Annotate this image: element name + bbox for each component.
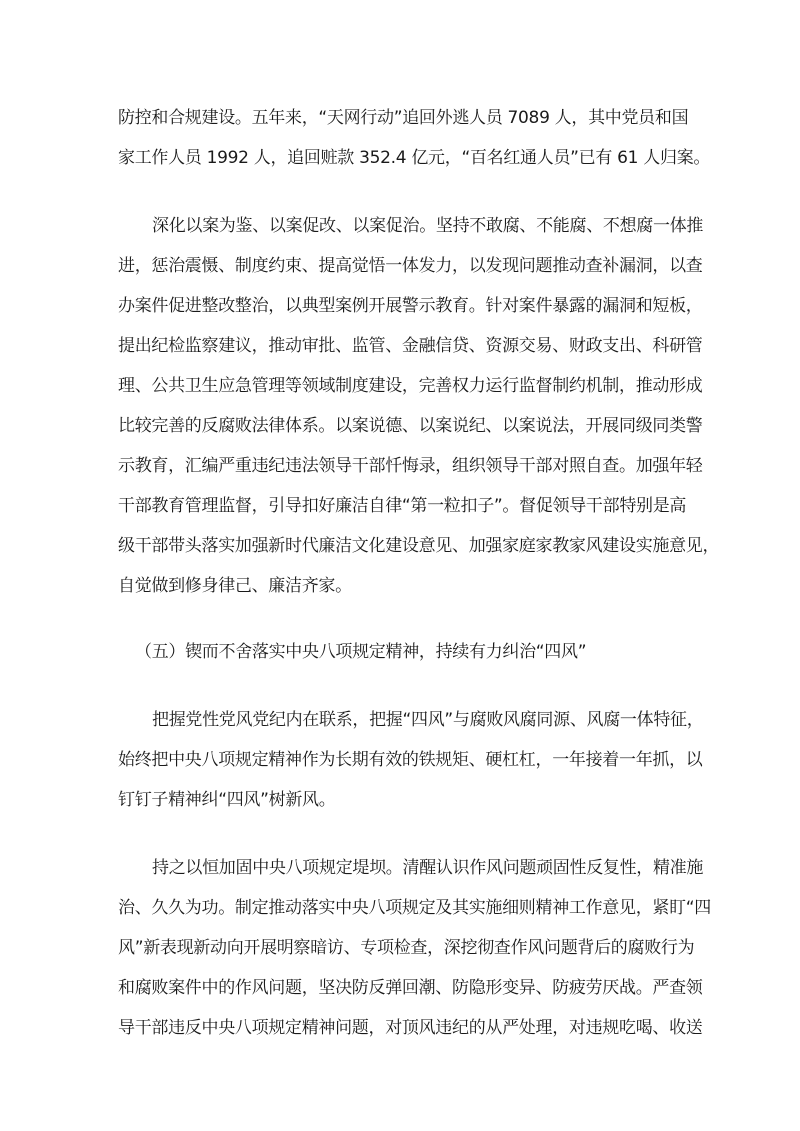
text-line: 防控和合规建设。五年来，“天网行动”追回外逃人员 7089 人，其中党员和国 (118, 100, 686, 140)
text-line: 持之以恒加固中央八项规定堤坝。清醒认识作风问题顽固性反复性，精准施 (118, 850, 686, 890)
paragraph-four-winds-principle: 把握党性党风党纪内在联系，把握“四风”与腐败风腐同源、风腐一体特征， 始终把中央… (118, 702, 686, 822)
section-heading-five: （五）锲而不舍落实中央八项规定精神，持续有力纠治“四风” (118, 634, 686, 674)
text-line: 深化以案为鉴、以案促改、以案促治。坚持不敢腐、不能腐、不想腐一体推 (118, 208, 686, 248)
text-line: 比较完善的反腐败法律体系。以案说德、以案说纪、以案说法，开展同级同类警 (118, 408, 686, 448)
paragraph-eight-rules-embankment: 持之以恒加固中央八项规定堤坝。清醒认识作风问题顽固性反复性，精准施 治、久久为功… (118, 850, 686, 1050)
text-line: 把握党性党风党纪内在联系，把握“四风”与腐败风腐同源、风腐一体特征， (118, 702, 686, 742)
heading-text: （五）锲而不舍落实中央八项规定精神，持续有力纠治“四风” (118, 634, 686, 674)
text-line: 示教育，汇编严重违纪违法领导干部忏悔录，组织领导干部对照自查。加强年轻 (118, 448, 686, 488)
text-line: 风”新表现新动向开展明察暗访、专项检查，深挖彻查作风问题背后的腐败行为 (118, 930, 686, 970)
text-line: 提出纪检监察建议，推动审批、监管、金融信贷、资源交易、财政支出、科研管 (118, 328, 686, 368)
paragraph-recovery-stats: 防控和合规建设。五年来，“天网行动”追回外逃人员 7089 人，其中党员和国 家… (118, 100, 686, 180)
text-line: 进，惩治震慑、制度约束、提高觉悟一体发力，以发现问题推动查补漏洞，以查 (118, 248, 686, 288)
text-line: 理、公共卫生应急管理等领域制度建设，完善权力运行监督制约机制，推动形成 (118, 368, 686, 408)
document-page: 防控和合规建设。五年来，“天网行动”追回外逃人员 7089 人，其中党员和国 家… (118, 100, 686, 1050)
text-line: 钉钉子精神纠“四风”树新风。 (118, 782, 686, 822)
text-line: 导干部违反中央八项规定精神问题，对顶风违纪的从严处理，对违规吃喝、收送 (118, 1010, 686, 1050)
text-line: 治、久久为功。制定推动落实中央八项规定及其实施细则精神工作意见，紧盯“四 (118, 890, 686, 930)
text-line: 干部教育管理监督，引导扣好廉洁自律“第一粒扣子”。督促领导干部特别是高 (118, 488, 686, 528)
text-line: 家工作人员 1992 人，追回赃款 352.4 亿元，“百名红通人员”已有 61… (118, 140, 686, 180)
text-line: 自觉做到修身律己、廉洁齐家。 (118, 568, 686, 608)
text-line: 办案件促进整改整治，以典型案例开展警示教育。针对案件暴露的漏洞和短板， (118, 288, 686, 328)
text-line: 和腐败案件中的作风问题，坚决防反弹回潮、防隐形变异、防疲劳厌战。严查领 (118, 970, 686, 1010)
text-line: 级干部带头落实加强新时代廉洁文化建设意见、加强家庭家教家风建设实施意见， (118, 528, 686, 568)
text-line: 始终把中央八项规定精神作为长期有效的铁规矩、硬杠杠，一年接着一年抓，以 (118, 742, 686, 782)
paragraph-case-lessons: 深化以案为鉴、以案促改、以案促治。坚持不敢腐、不能腐、不想腐一体推 进，惩治震慑… (118, 208, 686, 608)
